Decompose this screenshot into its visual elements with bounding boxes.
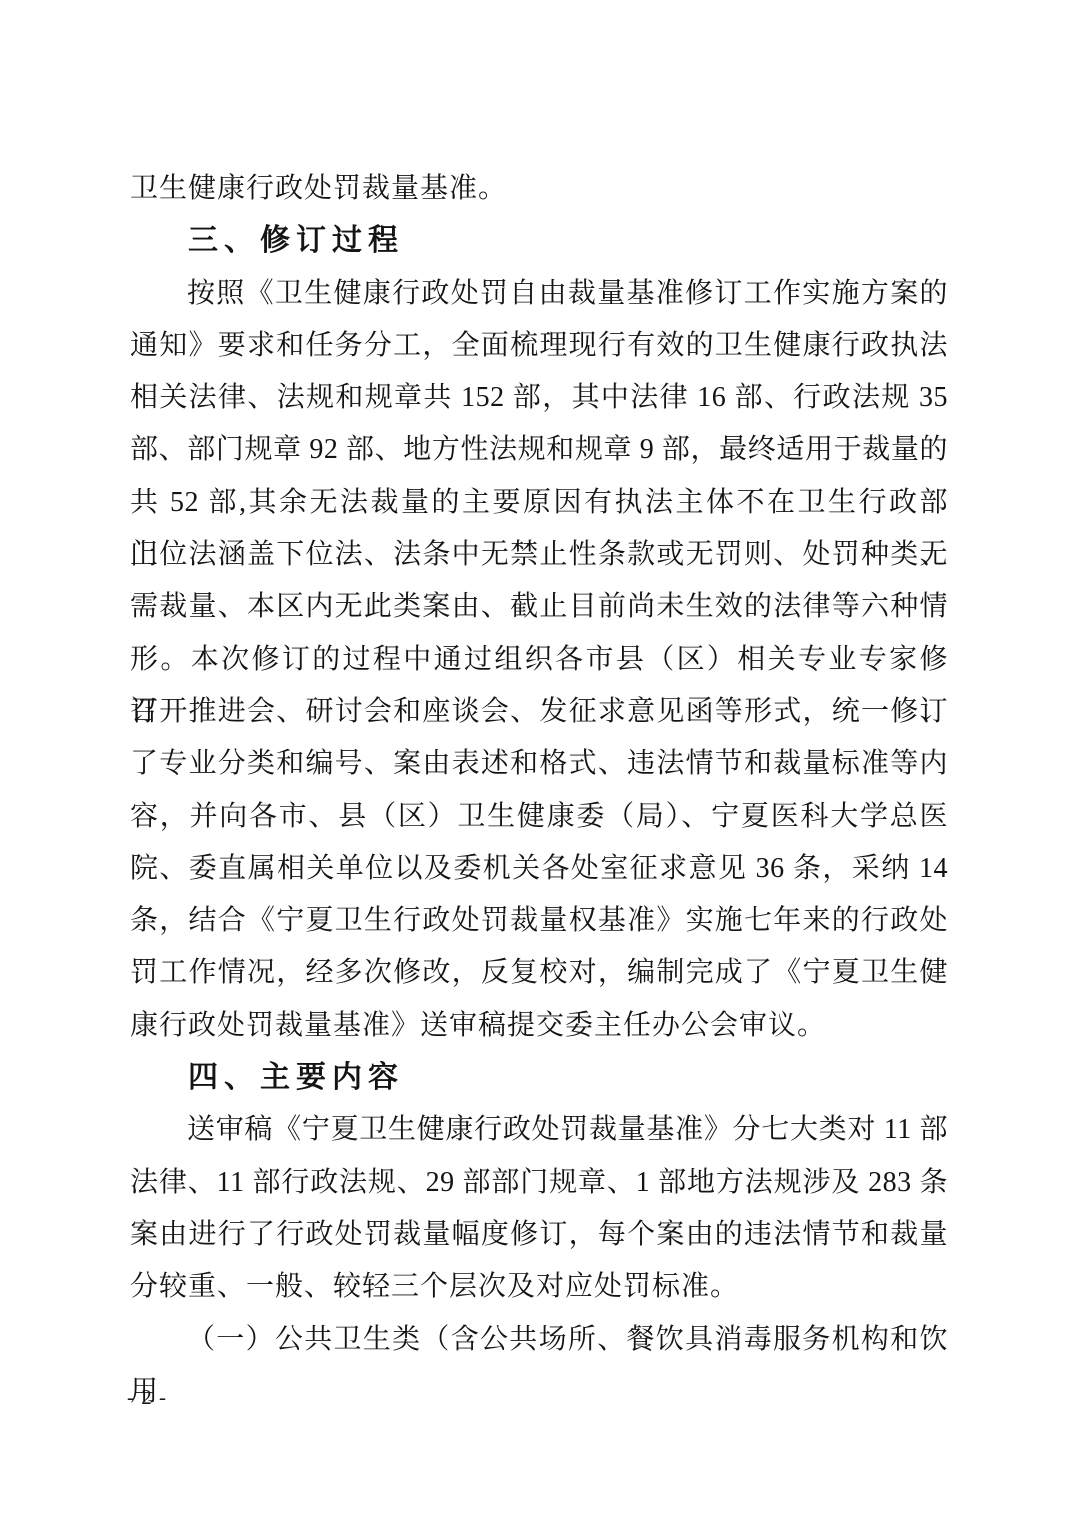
text-line: 了专业分类和编号、案由表述和格式、违法情节和裁量标准等内 [130,738,948,790]
document-page: 卫生健康行政处罚裁量基准。 三、修订过程 按照《卫生健康行政处罚自由裁量基准修订… [0,0,1074,1520]
text-line: 通知》要求和任务分工，全面梳理现行有效的卫生健康行政执法 [130,320,948,372]
text-line-paragraph-end: 分较重、一般、较轻三个层次及对应处罚标准。 [130,1261,948,1313]
text-line-continued-paragraph: 卫生健康行政处罚裁量基准。 [130,163,948,215]
text-line-list-item-1: （一）公共卫生类（含公共场所、餐饮具消毒服务机构和饮用 [130,1314,948,1366]
text-line: 按照《卫生健康行政处罚自由裁量基准修订工作实施方案的 [130,268,948,320]
text-line: 送审稿《宁夏卫生健康行政处罚裁量基准》分七大类对 11 部 [130,1104,948,1156]
text-line: 院、委直属相关单位以及委机关各处室征求意见 36 条，采纳 14 [130,843,948,895]
text-line: 容，并向各市、县（区）卫生健康委（局）、宁夏医科大学总医 [130,791,948,843]
page-body: 卫生健康行政处罚裁量基准。 三、修订过程 按照《卫生健康行政处罚自由裁量基准修订… [130,163,948,1366]
text-line: 需裁量、本区内无此类案由、截止目前尚未生效的法律等六种情 [130,581,948,633]
page-number: - 2 - [127,1384,167,1410]
text-line: 罚工作情况，经多次修改，反复校对，编制完成了《宁夏卫生健 [130,947,948,999]
section-heading-3: 三、修订过程 [130,215,948,267]
text-line: 部、部门规章 92 部、地方性法规和规章 9 部，最终适用于裁量的 [130,424,948,476]
text-line: 共 52 部,其余无法裁量的主要原因有执法主体不在卫生行政部门、 [130,477,948,529]
text-line: 上位法涵盖下位法、法条中无禁止性条款或无罚则、处罚种类无 [130,529,948,581]
text-line: 条，结合《宁夏卫生行政处罚裁量权基准》实施七年来的行政处 [130,895,948,947]
section-heading-4: 四、主要内容 [130,1052,948,1104]
text-line-paragraph-end: 康行政处罚裁量基准》送审稿提交委主任办公会审议。 [130,1000,948,1052]
text-line: 相关法律、法规和规章共 152 部，其中法律 16 部、行政法规 35 [130,372,948,424]
text-line: 法律、11 部行政法规、29 部部门规章、1 部地方法规涉及 283 条 [130,1157,948,1209]
text-line: 形。本次修订的过程中通过组织各市县（区）相关专业专家修订、 [130,634,948,686]
text-line: 召开推进会、研讨会和座谈会、发征求意见函等形式，统一修订 [130,686,948,738]
text-line: 案由进行了行政处罚裁量幅度修订，每个案由的违法情节和裁量 [130,1209,948,1261]
